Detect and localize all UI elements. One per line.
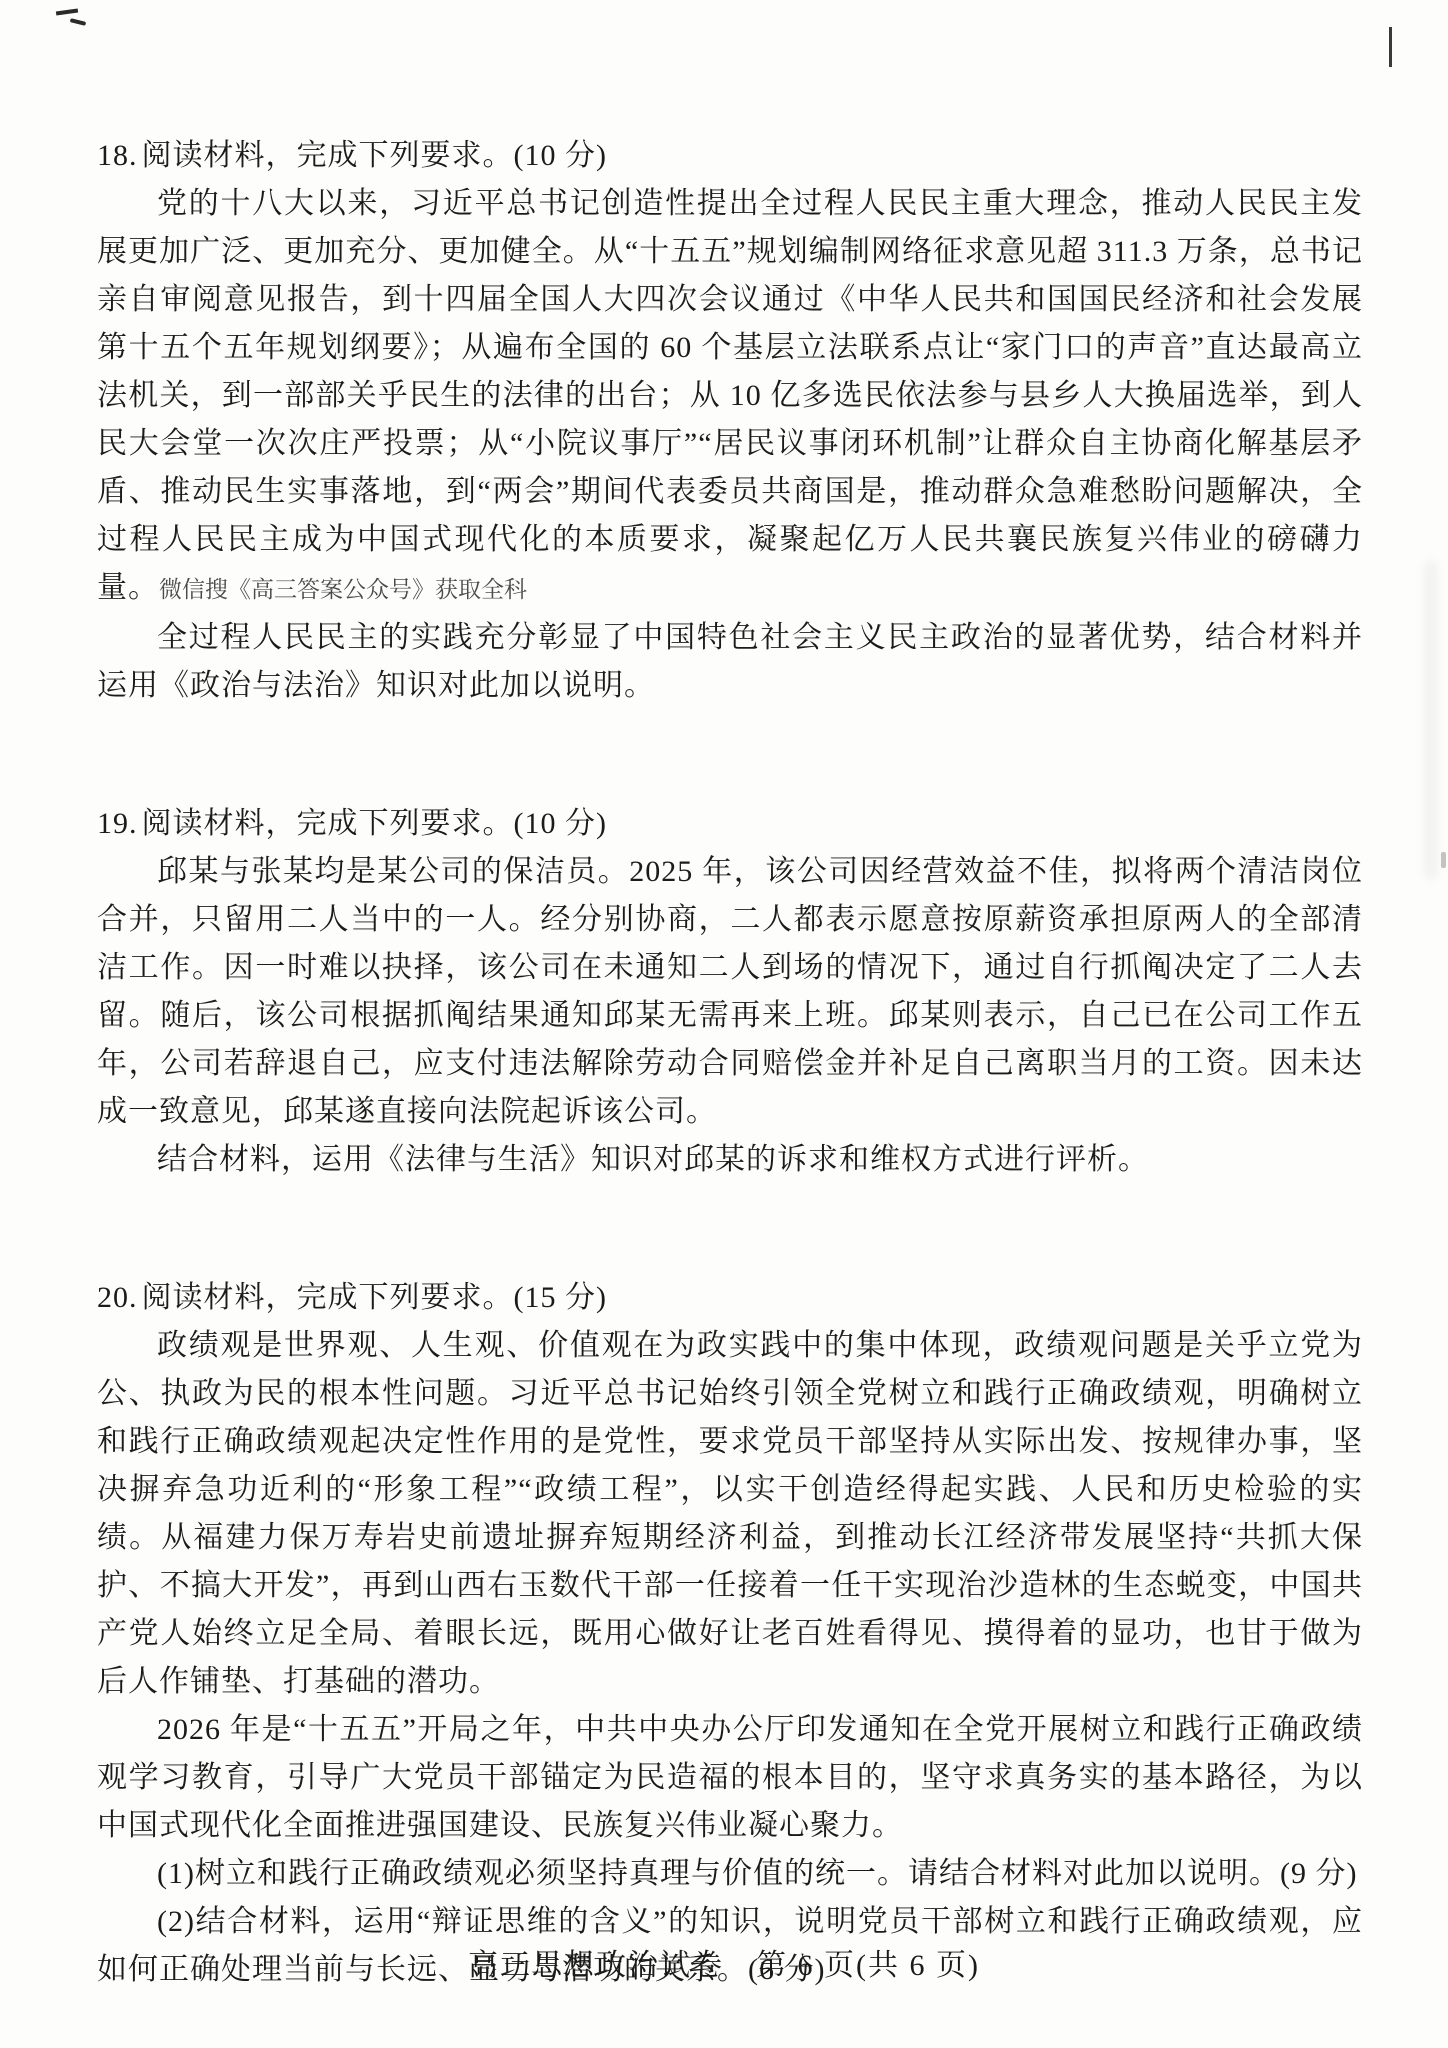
scan-mark-top-left-2 xyxy=(70,18,86,26)
exam-page: 18.阅读材料，完成下列要求。(10 分) 党的十八大以来，习近平总书记创造性提… xyxy=(0,0,1448,2048)
scan-mark-right-edge xyxy=(1441,852,1446,868)
watermark-text: 微信搜《高三答案公众号》获取全科 xyxy=(159,577,527,602)
question-20-subquestion-1: (1)树立和践行正确政绩观必须坚持真理与价值的统一。请结合材料对此加以说明。(9… xyxy=(97,1850,1363,1898)
page-footer: 高三思想政治试卷 第 6 页(共 6 页) xyxy=(0,1944,1448,1988)
question-19-heading: 19.阅读材料，完成下列要求。(10 分) xyxy=(97,800,1363,848)
question-19-task: 结合材料，运用《法律与生活》知识对邱某的诉求和维权方式进行评析。 xyxy=(97,1136,1363,1184)
question-18-material: 党的十八大以来，习近平总书记创造性提出全过程人民民主重大理念，推动人民民主发展更… xyxy=(97,180,1363,614)
question-18-title: 阅读材料，完成下列要求。(10 分) xyxy=(142,139,607,172)
scan-smudge-right-edge xyxy=(1424,560,1438,880)
question-19: 19.阅读材料，完成下列要求。(10 分) 邱某与张某均是某公司的保洁员。202… xyxy=(97,800,1363,1184)
scan-mark-top-left-1 xyxy=(56,8,78,15)
question-19-number: 19. xyxy=(97,807,138,840)
exam-content: 18.阅读材料，完成下列要求。(10 分) 党的十八大以来，习近平总书记创造性提… xyxy=(97,132,1363,1994)
question-20-title: 阅读材料，完成下列要求。(15 分) xyxy=(142,1281,607,1314)
question-20-heading: 20.阅读材料，完成下列要求。(15 分) xyxy=(97,1274,1363,1322)
question-19-material: 邱某与张某均是某公司的保洁员。2025 年，该公司因经营效益不佳，拟将两个清洁岗… xyxy=(97,848,1363,1136)
question-18-number: 18. xyxy=(97,139,138,172)
question-19-title: 阅读材料，完成下列要求。(10 分) xyxy=(142,807,607,840)
question-20-number: 20. xyxy=(97,1281,138,1314)
question-18-heading: 18.阅读材料，完成下列要求。(10 分) xyxy=(97,132,1363,180)
question-20-material-2: 2026 年是“十五五”开局之年，中共中央办公厅印发通知在全党开展树立和践行正确… xyxy=(97,1706,1363,1850)
question-18-material-text: 党的十八大以来，习近平总书记创造性提出全过程人民民主重大理念，推动人民民主发展更… xyxy=(97,187,1363,604)
question-18: 18.阅读材料，完成下列要求。(10 分) 党的十八大以来，习近平总书记创造性提… xyxy=(97,132,1363,710)
question-20: 20.阅读材料，完成下列要求。(15 分) 政绩观是世界观、人生观、价值观在为政… xyxy=(97,1274,1363,1994)
question-18-task: 全过程人民民主的实践充分彰显了中国特色社会主义民主政治的显著优势，结合材料并运用… xyxy=(97,614,1363,710)
question-20-material-1: 政绩观是世界观、人生观、价值观在为政实践中的集中体现，政绩观问题是关乎立党为公、… xyxy=(97,1322,1363,1706)
scan-mark-top-right-bar xyxy=(1389,27,1392,67)
